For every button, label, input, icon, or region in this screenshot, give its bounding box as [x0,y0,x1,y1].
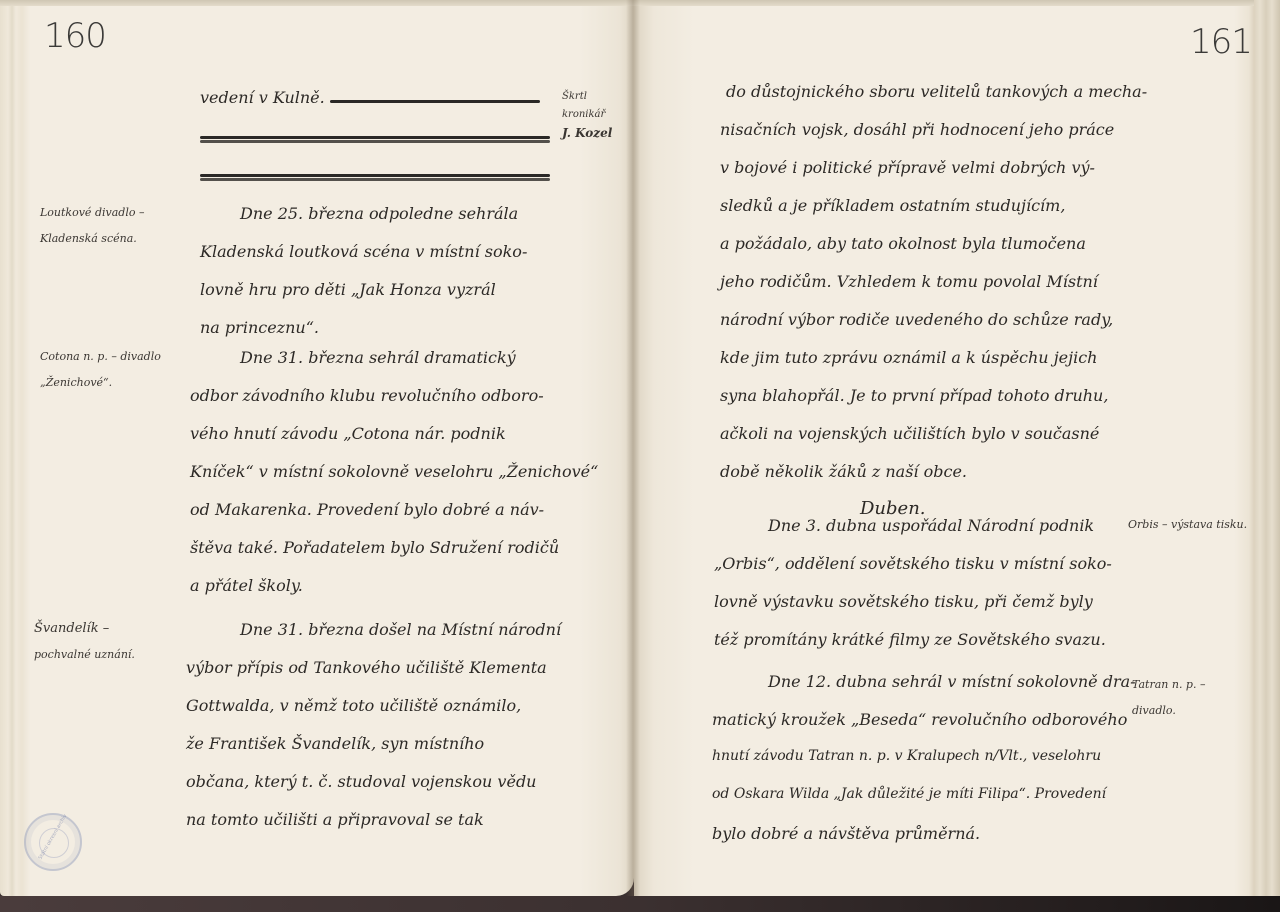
crossed-out-text [200,164,550,186]
crossed-out-text [200,126,550,148]
margin-note-line: Orbis – výstava tisku. [1128,512,1247,538]
book-gutter [626,0,640,900]
margin-note: Cotona n. p. – divadlo „Ženichové“. [40,344,161,396]
body-line: od Oskara Wilda „Jak důležité je míti Fi… [712,786,1106,802]
archive-stamp: Státní okresní archiv [24,813,82,871]
body-line: vedení v Kulně. [200,88,325,107]
body-line: Kníček“ v místní sokolovně veselohru „Že… [190,462,598,481]
background-surface [0,896,1280,912]
body-line: do důstojnického sboru velitelů tankovýc… [726,82,1147,101]
page-top-edge [0,0,634,6]
margin-note: Švandelík – pochvalné uznání. [34,616,135,668]
correction-note-line: Škrtl [562,88,612,106]
body-line: jeho rodičům. Vzhledem k tomu povolal Mí… [720,272,1098,291]
body-line: Dne 31. března došel na Místní národní [240,620,561,639]
correction-note-line: kronikář [562,106,612,124]
margin-note-line: divadlo. [1132,698,1205,724]
body-line: Kladenská loutková scéna v místní soko- [200,242,527,261]
margin-note: Orbis – výstava tisku. [1128,512,1247,538]
correction-note: Škrtl kronikář J. Kozel [562,88,612,142]
body-line: hnutí závodu Tatran n. p. v Kralupech n/… [712,748,1101,764]
left-page: 160 vedení v Kulně. Škrtl kronikář J. Ko… [0,0,634,896]
correction-signature: J. Kozel [562,124,612,142]
body-line: Dne 25. března odpoledne sehrála [240,204,518,223]
body-line: občana, který t. č. studoval vojenskou v… [186,772,536,791]
body-line: sledků a je příkladem ostatním studující… [720,196,1065,215]
body-line: na princeznu“. [200,318,319,337]
margin-note-line: „Ženichové“. [40,370,161,396]
body-line: ačkoli na vojenských učilištích bylo v s… [720,424,1099,443]
body-line: Dne 3. dubna uspořádal Národní podnik [768,516,1094,535]
body-line: matický kroužek „Beseda“ revolučního odb… [712,710,1127,729]
body-line: že František Švandelík, syn místního [186,734,484,753]
body-line: kde jim tuto zprávu oznámil a k úspěchu … [720,348,1097,367]
body-line: a přátel školy. [190,576,303,595]
page-number: 160 [44,16,106,56]
margin-note-line: Švandelík – [34,616,135,642]
body-line: Gottwalda, v němž toto učiliště oznámilo… [186,696,521,715]
right-page: 161 do důstojnického sboru velitelů tank… [634,0,1280,912]
body-line: syna blahopřál. Je to první případ tohot… [720,386,1108,405]
body-line: a požádalo, aby tato okolnost byla tlumo… [720,234,1086,253]
body-line: nisačních vojsk, dosáhl při hodnocení je… [720,120,1114,139]
body-line: v bojové i politické přípravě velmi dobr… [720,158,1095,177]
body-line: Dne 31. března sehrál dramatický [240,348,516,367]
body-line: štěva také. Pořadatelem bylo Sdružení ro… [190,538,559,557]
body-line: vého hnutí závodu „Cotona nár. podnik [190,424,506,443]
body-line: době několik žáků z naší obce. [720,462,967,481]
page-number: 161 [1190,22,1252,62]
body-line: na tomto učilišti a připravoval se tak [186,810,484,829]
body-line: národní výbor rodiče uvedeného do schůze… [720,310,1113,329]
margin-note-line: Tatran n. p. – [1132,672,1205,698]
body-line: od Makarenka. Provedení bylo dobré a náv… [190,500,544,519]
body-line: bylo dobré a návštěva průměrná. [712,824,980,843]
body-line: Dne 12. dubna sehrál v místní sokolovně … [768,672,1136,691]
page-top-edge [634,0,1254,6]
margin-note-line: Kladenská scéna. [40,226,144,252]
margin-note-line: Cotona n. p. – divadlo [40,344,161,370]
body-line: lovně hru pro děti „Jak Honza vyzrál [200,280,496,299]
margin-note: Loutkové divadlo – Kladenská scéna. [40,200,144,252]
body-line: výbor přípis od Tankového učiliště Kleme… [186,658,547,677]
margin-note: Tatran n. p. – divadlo. [1132,672,1205,724]
body-line: odbor závodního klubu revolučního odboro… [190,386,544,405]
body-line: též promítány krátké filmy ze Sovětského… [714,630,1106,649]
crossed-out-text [330,88,540,110]
body-line: lovně výstavku sovětského tisku, při čem… [714,592,1093,611]
margin-note-line: Loutkové divadlo – [40,200,144,226]
open-chronicle-book: 160 vedení v Kulně. Škrtl kronikář J. Ko… [0,0,1280,912]
margin-note-line: pochvalné uznání. [34,642,135,668]
body-line: „Orbis“, oddělení sovětského tisku v mís… [714,554,1112,573]
